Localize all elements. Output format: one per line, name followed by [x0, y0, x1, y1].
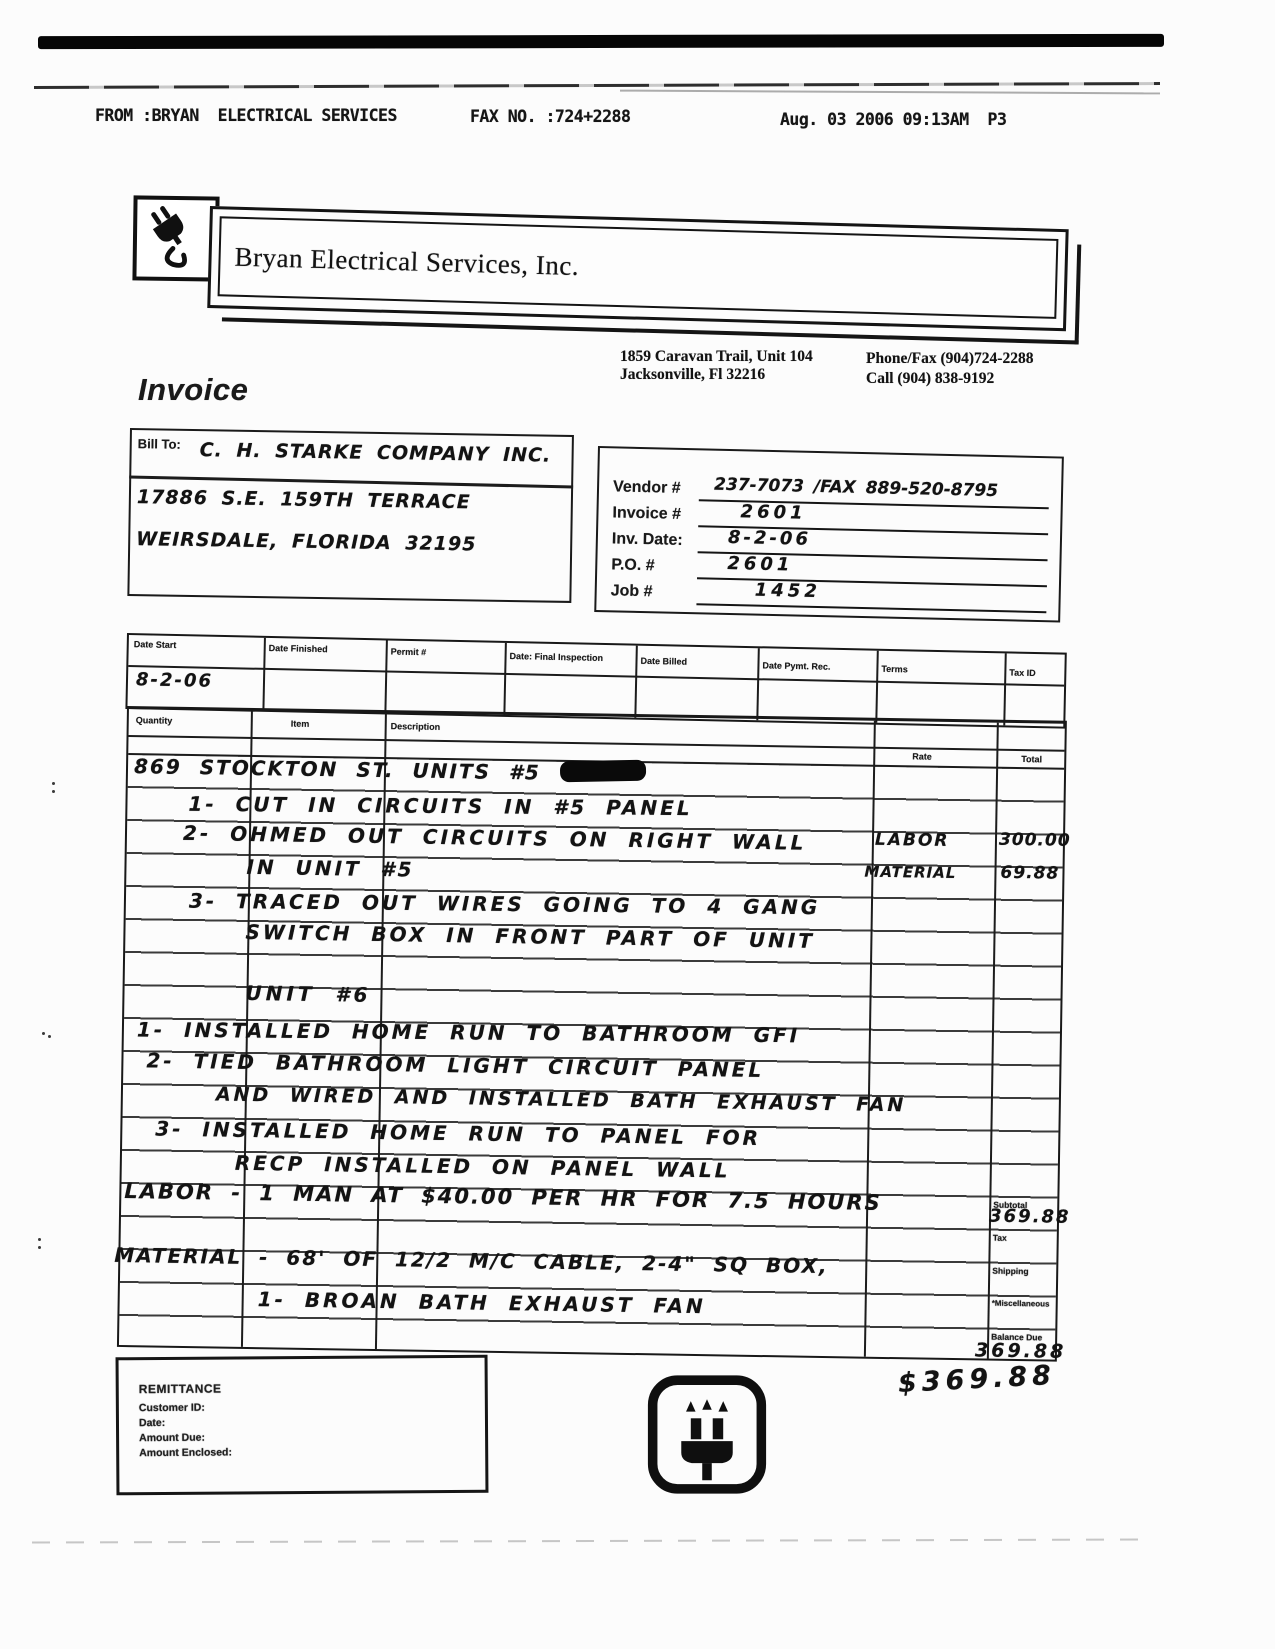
invoice-number-value: 2601	[740, 503, 807, 522]
status-header-date-start: Date Start	[134, 639, 177, 650]
job-number-value: 1452	[755, 582, 822, 601]
invoice-title: Invoice	[138, 372, 248, 408]
company-name: Bryan Electrical Services, Inc.	[234, 241, 579, 281]
bill-to-box: Bill To: C. H. STARKE COMPANY INC. 17886…	[127, 428, 574, 603]
column-header-description: Description	[391, 721, 441, 732]
job-number-label: Job #	[611, 582, 653, 601]
remittance-title: REMITTANCE	[139, 1382, 222, 1397]
bill-to-street: 17886 S.E. 159TH TERRACE	[137, 488, 471, 512]
vendor-number-value: 237-7073 /FAX 889-520-8795	[714, 477, 998, 500]
company-phone: Phone/Fax (904)724-2288	[866, 350, 1033, 368]
work-table: Quantity Item Description Rate Total 869…	[117, 706, 1067, 1362]
remittance-amount-due: Amount Due:	[139, 1432, 205, 1444]
status-header-terms: Terms	[881, 664, 908, 675]
rate-entry-material: MATERIAL	[864, 865, 956, 881]
scan-speck	[42, 1032, 45, 1035]
fax-from-text: FROM :BRYAN ELECTRICAL SERVICES	[95, 106, 397, 125]
scan-speck	[48, 1035, 51, 1038]
column-header-total: Total	[1021, 754, 1042, 764]
fax-top-bar	[38, 34, 1164, 49]
company-banner: Bryan Electrical Services, Inc.	[207, 206, 1068, 331]
date-start-value: 8-2-06	[136, 671, 213, 691]
total-entry-labor: 300.00	[999, 832, 1071, 850]
fax-timestamp-text: Aug. 03 2006 09:13AM P3	[780, 110, 1006, 129]
company-address-line2: Jacksonville, Fl 32216	[620, 366, 765, 384]
invoice-date-value: 8-2-06	[728, 529, 811, 549]
column-header-item: Item	[291, 719, 310, 729]
invoice-date-label: Inv. Date:	[612, 530, 683, 550]
status-divider	[875, 651, 879, 723]
work-line: 1- INSTALLED HOME RUN TO BATHROOM GFI	[137, 1020, 800, 1046]
fax-invoice-page: FROM :BRYAN ELECTRICAL SERVICES FAX NO. …	[0, 0, 1275, 1649]
status-header-date-finished: Date Finished	[269, 643, 328, 654]
work-line: 1- BROAN BATH EXHAUST FAN	[258, 1289, 706, 1316]
status-divider	[756, 648, 760, 720]
work-line: 869 STOCKTON ST. UNITS #5	[134, 756, 541, 782]
company-logo-box	[132, 195, 219, 281]
company-call: Call (904) 838-9192	[866, 370, 994, 388]
column-header-rate: Rate	[912, 751, 932, 761]
balance-due-value: 369.88	[975, 1341, 1067, 1361]
miscellaneous-label: *Miscellaneous	[992, 1299, 1050, 1309]
scribble-redaction	[560, 760, 646, 783]
job-number-line	[696, 603, 1046, 613]
bottom-scan-line	[32, 1539, 1152, 1544]
work-line: IN UNIT #5	[246, 857, 414, 880]
scan-speck	[38, 1246, 41, 1249]
company-address-line1: 1859 Caravan Trail, Unit 104	[620, 348, 813, 366]
status-divider	[634, 646, 638, 718]
column-header-quantity: Quantity	[136, 715, 173, 726]
invoice-number-label: Invoice #	[612, 504, 681, 524]
status-divider	[262, 638, 266, 710]
fax-separator-line-2	[620, 90, 1160, 94]
vendor-number-label: Vendor #	[613, 478, 681, 498]
remittance-box: REMITTANCE Customer ID: Date: Amount Due…	[116, 1355, 489, 1496]
company-banner-inner: Bryan Electrical Services, Inc.	[218, 216, 1059, 319]
tax-label: Tax	[993, 1233, 1007, 1243]
work-line: UNIT #6	[245, 983, 371, 1005]
status-header-final-inspection: Date: Final Inspection	[509, 651, 603, 663]
total-entry-material: 69.88	[1000, 865, 1059, 883]
fax-number-text: FAX NO. :724+2288	[470, 107, 630, 126]
remittance-amount-enclosed: Amount Enclosed:	[139, 1446, 232, 1459]
po-number-value: 2601	[727, 555, 794, 574]
status-header-permit: Permit #	[391, 647, 427, 658]
bill-to-label: Bill To:	[138, 436, 181, 452]
remittance-date: Date:	[139, 1417, 165, 1429]
status-divider	[384, 640, 388, 712]
rate-entry-labor: LABOR	[875, 832, 950, 850]
shipping-label: Shipping	[992, 1266, 1029, 1277]
work-header-rule1	[129, 735, 1065, 751]
electric-plug-icon	[137, 255, 207, 273]
po-number-line	[697, 577, 1047, 587]
invoice-meta-box: Vendor # 237-7073 /FAX 889-520-8795 Invo…	[594, 446, 1064, 623]
status-divider	[503, 643, 507, 715]
scan-speck	[38, 1238, 41, 1241]
remittance-customer-id: Customer ID:	[139, 1402, 205, 1414]
bill-to-name: C. H. STARKE COMPANY INC.	[200, 441, 552, 466]
bill-to-city: WEIRSDALE, FLORIDA 32195	[136, 530, 476, 554]
electric-plug-stamp-icon	[646, 1372, 768, 1497]
status-header-rule	[128, 665, 1064, 686]
status-header-tax-id: Tax ID	[1009, 667, 1036, 678]
status-divider	[1003, 653, 1007, 725]
po-number-label: P.O. #	[611, 556, 655, 575]
fax-separator-line	[34, 82, 1160, 88]
scan-speck	[52, 790, 55, 793]
status-header-pymt-rec: Date Pymt. Rec.	[762, 660, 830, 671]
subtotal-value: 369.88	[989, 1208, 1071, 1227]
grand-total-handwritten: $369.88	[897, 1362, 1056, 1397]
work-line: 1- CUT IN CIRCUITS IN #5 PANEL	[188, 794, 692, 818]
work-line: 3- TRACED OUT WIRES GOING TO 4 GANG	[189, 891, 820, 918]
scan-speck	[52, 782, 55, 785]
status-header-date-billed: Date Billed	[640, 656, 687, 667]
